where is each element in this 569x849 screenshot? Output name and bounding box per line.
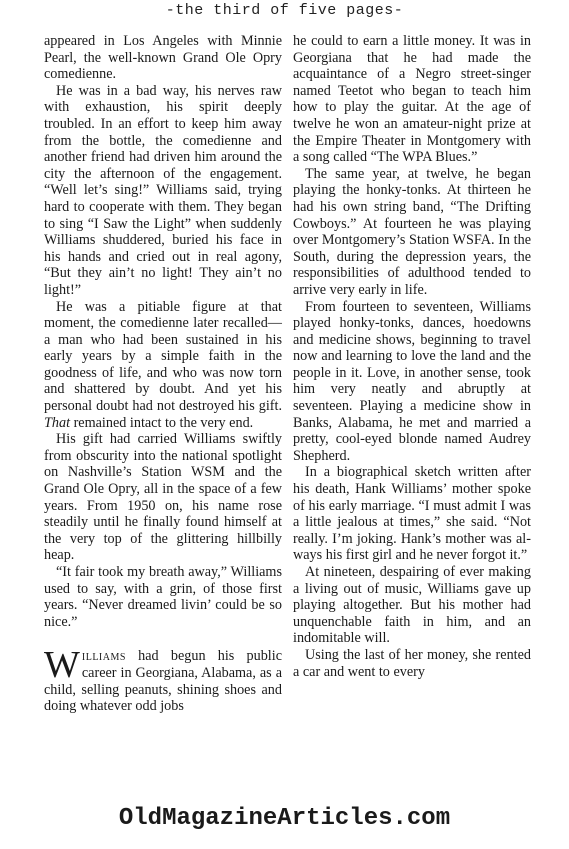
italic-emphasis: That bbox=[44, 415, 70, 431]
page-header: -the third of five pages- bbox=[0, 2, 569, 19]
paragraph: The same year, at twelve, he be­gan play… bbox=[293, 166, 531, 299]
article-column-right: he could to earn a little money. It was … bbox=[293, 33, 531, 680]
section-start-paragraph: Williams had begun his public career in … bbox=[44, 648, 282, 714]
paragraph: His gift had carried Williams swiftly fr… bbox=[44, 431, 282, 564]
paragraph: he could to earn a little money. It was … bbox=[293, 33, 531, 166]
paragraph: At nineteen, despairing of ever making a… bbox=[293, 564, 531, 647]
site-watermark: OldMagazineArticles.com bbox=[0, 805, 569, 832]
drop-cap: W bbox=[44, 650, 80, 680]
article-column-left: appeared in Los Angeles with Min­nie Pea… bbox=[44, 33, 282, 715]
paragraph: From fourteen to seventeen, Williams pla… bbox=[293, 299, 531, 465]
paragraph-text: re­mained intact to the very end. bbox=[70, 415, 253, 431]
paragraph: In a biographical sketch written after h… bbox=[293, 464, 531, 564]
paragraph-text: He was a pitiable figure at that moment,… bbox=[44, 299, 282, 415]
paragraph: “It fair took my breath away,” Williams … bbox=[44, 564, 282, 630]
paragraph: appeared in Los Angeles with Min­nie Pea… bbox=[44, 33, 282, 83]
paragraph: He was a pitiable figure at that moment,… bbox=[44, 299, 282, 432]
small-caps-lead: illiams bbox=[82, 648, 126, 664]
paragraph: He was in a bad way, his nerves raw with… bbox=[44, 83, 282, 299]
paragraph: Using the last of her money, she rented … bbox=[293, 647, 531, 680]
